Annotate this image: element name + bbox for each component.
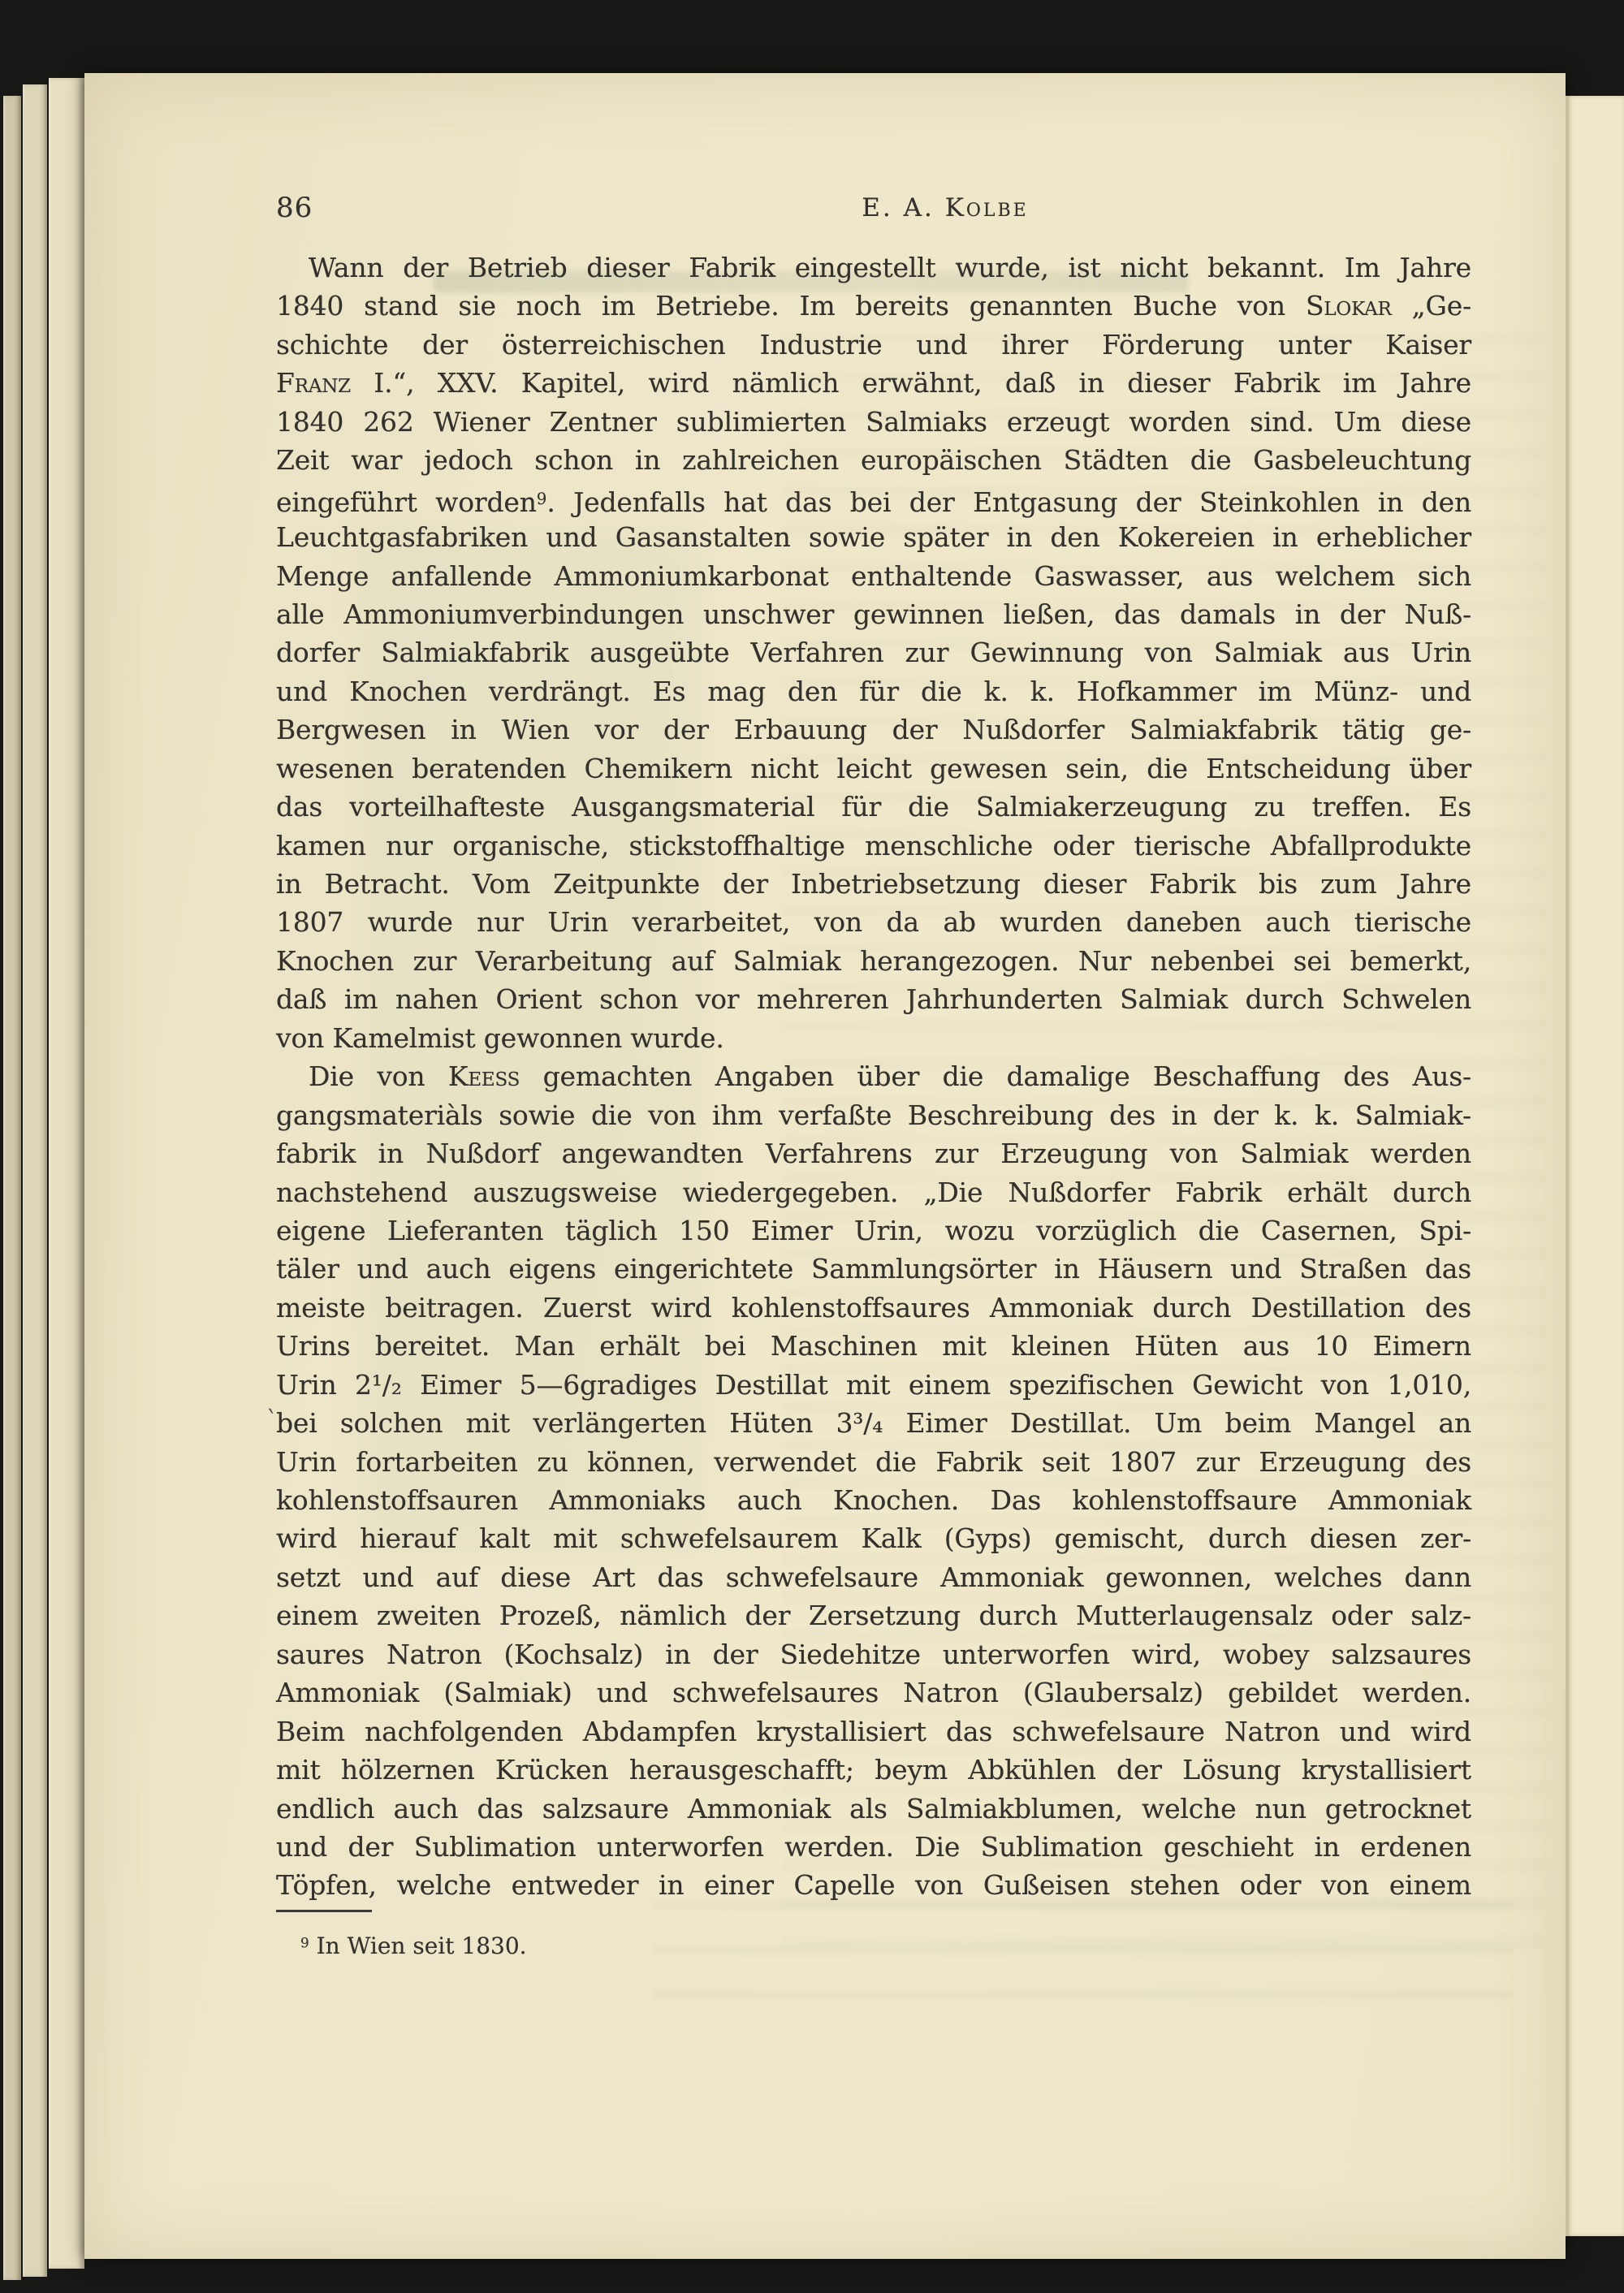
text-segment: Zeit war jedoch schon in zahlreichen eur… <box>276 444 1471 476</box>
scanned-book-spread: 86 E. A. Kolbe Wann der Betrieb dieser F… <box>0 0 1624 2293</box>
text-segment: daß im nahen Orient schon vor mehreren J… <box>276 983 1471 1015</box>
text-line: 1840 stand sie noch im Betriebe. Im bere… <box>276 287 1471 325</box>
text-segment: fabrik in Nußdorf angewandten Verfahrens… <box>276 1138 1471 1169</box>
text-segment: Die von <box>309 1060 448 1092</box>
text-line: und Knochen verdrängt. Es mag den für di… <box>276 672 1471 710</box>
text-segment: Ammoniak (Salmiak) und schwefelsaures Na… <box>276 1677 1471 1708</box>
text-line: dorfer Salmiakfabrik ausgeübte Verfahren… <box>276 633 1471 671</box>
text-segment: schichte der österreichischen Industrie … <box>276 329 1471 361</box>
text-line: kamen nur organische, stickstoffhaltige … <box>276 827 1471 865</box>
small-caps-name: Franz <box>276 367 351 399</box>
text-segment: alle Ammoniumverbindungen unschwer gewin… <box>276 598 1471 630</box>
text-segment: wird hierauf kalt mit schwefelsaurem Kal… <box>276 1522 1471 1554</box>
page-number: 86 <box>276 192 313 224</box>
text-segment: Urins bereitet. Man erhält bei Maschinen… <box>276 1330 1471 1362</box>
text-segment: Urin fortarbeiten zu können, verwendet d… <box>276 1446 1471 1478</box>
small-caps-name: Keess <box>448 1060 520 1092</box>
text-line: schichte der österreichischen Industrie … <box>276 326 1471 364</box>
text-segment: saures Natron (Kochsalz) in der Siedehit… <box>276 1639 1471 1670</box>
text-segment: . Jedenfalls hat das bei der Entgasung d… <box>546 486 1471 518</box>
running-head-author: E. A. Kolbe <box>653 193 1237 222</box>
text-line: kohlenstoffsauren Ammoniaks auch Knochen… <box>276 1481 1471 1519</box>
text-line: Beim nachfolgenden Abdampfen krystallisi… <box>276 1712 1471 1751</box>
text-segment: mit hölzernen Krücken herausgeschafft; b… <box>276 1754 1471 1786</box>
footnote-content: 9 In Wien seit 1830. <box>300 1932 527 1959</box>
text-segment: Menge anfallende Ammoniumkarbonat enthal… <box>276 560 1471 592</box>
text-line: endlich auch das salzsaure Ammoniak als … <box>276 1790 1471 1828</box>
text-line: mit hölzernen Krücken herausgeschafft; b… <box>276 1751 1471 1789</box>
text-line: Zeit war jedoch schon in zahlreichen eur… <box>276 441 1471 479</box>
page-edge-strip <box>49 78 84 2269</box>
text-segment: setzt und auf diese Art das schwefelsaur… <box>276 1561 1471 1593</box>
text-segment: meiste beitragen. Zuerst wird kohlenstof… <box>276 1292 1471 1324</box>
text-segment: das vorteilhafteste Ausgangsmaterial für… <box>276 791 1471 823</box>
text-segment: Knochen zur Verarbeitung auf Salmiak her… <box>276 945 1471 977</box>
text-segment: in Betracht. Vom Zeitpunkte der Inbetrie… <box>276 868 1471 900</box>
text-segment: In Wien seit 1830. <box>309 1932 527 1959</box>
text-segment: täler und auch eigens eingerichtete Samm… <box>276 1253 1471 1285</box>
running-head: 86 E. A. Kolbe <box>84 192 1566 227</box>
text-segment: eingeführt worden <box>276 486 537 518</box>
text-segment: einem zweiten Prozeß, nämlich der Zerset… <box>276 1600 1471 1631</box>
text-line: Töpfen, welche entweder in einer Capelle… <box>276 1866 1471 1904</box>
text-line: und der Sublimation unterworfen werden. … <box>276 1828 1471 1866</box>
text-line: gangsmateriàls sowie die von ihm verfaßt… <box>276 1096 1471 1134</box>
text-line: alle Ammoniumverbindungen unschwer gewin… <box>276 595 1471 633</box>
text-line: saures Natron (Kochsalz) in der Siedehit… <box>276 1635 1471 1673</box>
text-line: wesenen beratenden Chemikern nicht leich… <box>276 749 1471 788</box>
small-caps-name: Slokar <box>1306 290 1392 322</box>
text-line: wird hierauf kalt mit schwefelsaurem Kal… <box>276 1519 1471 1557</box>
text-line: fabrik in Nußdorf angewandten Verfahrens… <box>276 1134 1471 1172</box>
text-line: Bergwesen in Wien vor der Erbauung der N… <box>276 710 1471 749</box>
footnote-rule <box>276 1910 372 1912</box>
text-line: setzt und auf diese Art das schwefelsaur… <box>276 1558 1471 1596</box>
text-line: 1840 262 Wiener Zentner sublimierten Sal… <box>276 403 1471 441</box>
text-line: Wann der Betrieb dieser Fabrik eingestel… <box>276 248 1471 287</box>
text-segment: endlich auch das salzsaure Ammoniak als … <box>276 1793 1471 1824</box>
text-segment: bei solchen mit verlängerten Hüten 3³/₄ … <box>276 1407 1471 1439</box>
text-segment: Leuchtgasfabriken und Gasanstalten sowie… <box>276 521 1471 553</box>
text-segment: gemachten Angaben über die damalige Besc… <box>520 1060 1471 1092</box>
page-edge-strip <box>3 96 21 2280</box>
text-segment: von Kamelmist gewonnen wurde. <box>276 1022 724 1054</box>
text-line: eingeführt worden9. Jedenfalls hat das b… <box>276 480 1471 518</box>
text-segment: 1807 wurde nur Urin verarbeitet, von da … <box>276 906 1471 938</box>
text-segment: wesenen beratenden Chemikern nicht leich… <box>276 753 1471 784</box>
text-segment: E. A. <box>862 193 944 222</box>
text-line: Leuchtgasfabriken und Gasanstalten sowie… <box>276 518 1471 556</box>
text-line: Urin 2¹/₂ Eimer 5—6gradiges Destillat mi… <box>276 1366 1471 1404</box>
text-segment: Urin 2¹/₂ Eimer 5—6gradiges Destillat mi… <box>276 1369 1471 1401</box>
text-line: 1807 wurde nur Urin verarbeitet, von da … <box>276 903 1471 941</box>
page-edge-strip <box>23 84 47 2277</box>
text-line: in Betracht. Vom Zeitpunkte der Inbetrie… <box>276 865 1471 903</box>
text-line: Urin fortarbeiten zu können, verwendet d… <box>276 1443 1471 1481</box>
small-caps-name: Kolbe <box>945 193 1029 222</box>
facing-page-edge <box>1566 96 1624 2236</box>
text-segment: „Ge- <box>1392 290 1471 322</box>
text-segment: gangsmateriàls sowie die von ihm verfaßt… <box>276 1099 1471 1131</box>
text-segment: und der Sublimation unterworfen werden. … <box>276 1831 1471 1863</box>
text-segment: und Knochen verdrängt. Es mag den für di… <box>276 676 1471 707</box>
text-line: Franz I.“, XXV. Kapitel, wird nämlich er… <box>276 364 1471 402</box>
superscript: 9 <box>300 1934 309 1950</box>
text-line: meiste beitragen. Zuerst wird kohlenstof… <box>276 1289 1471 1327</box>
text-segment: kamen nur organische, stickstoffhaltige … <box>276 830 1471 861</box>
text-segment: I.“, XXV. Kapitel, wird nämlich erwähnt,… <box>351 367 1471 399</box>
text-line: daß im nahen Orient schon vor mehreren J… <box>276 980 1471 1018</box>
text-segment: 1840 stand sie noch im Betriebe. Im bere… <box>276 290 1306 322</box>
text-segment: eigene Lieferanten täglich 150 Eimer Uri… <box>276 1215 1471 1246</box>
text-segment: Beim nachfolgenden Abdampfen krystallisi… <box>276 1716 1471 1747</box>
text-line: das vorteilhafteste Ausgangsmaterial für… <box>276 788 1471 826</box>
text-line: bei solchen mit verlängerten Hüten 3³/₄ … <box>276 1404 1471 1442</box>
text-segment: Wann der Betrieb dieser Fabrik eingestel… <box>309 252 1471 283</box>
text-line: nachstehend auszugsweise wiedergegeben. … <box>276 1173 1471 1211</box>
body-text: Wann der Betrieb dieser Fabrik eingestel… <box>276 248 1471 1905</box>
text-segment: Bergwesen in Wien vor der Erbauung der N… <box>276 714 1471 745</box>
footnote-text: 9 In Wien seit 1830. <box>276 1924 1471 1964</box>
text-segment: 1840 262 Wiener Zentner sublimierten Sal… <box>276 406 1471 438</box>
text-line: von Kamelmist gewonnen wurde. <box>276 1019 1471 1057</box>
text-line: Urins bereitet. Man erhält bei Maschinen… <box>276 1327 1471 1365</box>
text-line: Menge anfallende Ammoniumkarbonat enthal… <box>276 557 1471 595</box>
superscript: 9 <box>537 490 547 508</box>
text-line: eigene Lieferanten täglich 150 Eimer Uri… <box>276 1211 1471 1250</box>
text-line: Die von Keess gemachten Angaben über die… <box>276 1057 1471 1095</box>
text-segment: dorfer Salmiakfabrik ausgeübte Verfahren… <box>276 637 1471 668</box>
text-line: Ammoniak (Salmiak) und schwefelsaures Na… <box>276 1673 1471 1712</box>
text-line: täler und auch eigens eingerichtete Samm… <box>276 1250 1471 1288</box>
text-line: Knochen zur Verarbeitung auf Salmiak her… <box>276 942 1471 980</box>
book-page: 86 E. A. Kolbe Wann der Betrieb dieser F… <box>84 73 1566 2259</box>
text-segment: nachstehend auszugsweise wiedergegeben. … <box>276 1177 1471 1208</box>
text-segment: Töpfen, welche entweder in einer Capelle… <box>276 1869 1471 1901</box>
text-line: einem zweiten Prozeß, nämlich der Zerset… <box>276 1596 1471 1634</box>
text-segment: kohlenstoffsauren Ammoniaks auch Knochen… <box>276 1484 1471 1516</box>
